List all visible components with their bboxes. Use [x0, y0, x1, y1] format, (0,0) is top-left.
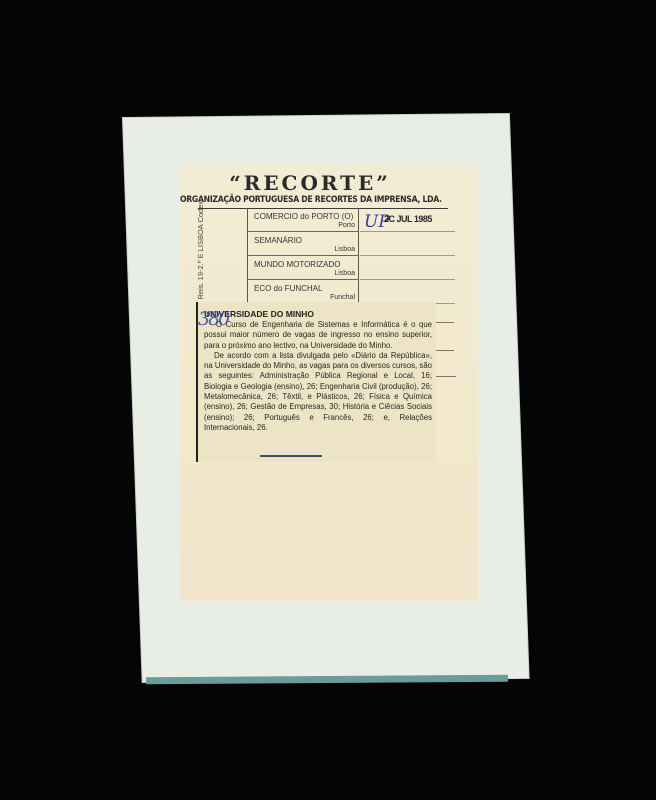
- article-body: O Curso de Engenharia de Sistemas e Info…: [204, 320, 432, 433]
- publication-row: MUNDO MOTORIZADO Lisboa: [247, 256, 359, 280]
- publication-row: SEMANÁRIO Lisboa: [247, 232, 359, 256]
- address-side-note: nte Reis. 19-2.º E LISBOA Codex: [196, 201, 205, 312]
- publication-city: Funchal: [330, 294, 355, 301]
- stray-rule: [434, 376, 456, 377]
- publication-name: ECO do FUNCHAL: [254, 284, 322, 293]
- organization-name: ORGANIZAÇÃO PORTUGUESA DE RECORTES DA IM…: [180, 195, 440, 205]
- publication-row: COMERCIO do PORTO (O) Porto: [247, 208, 359, 232]
- publication-form: COMERCIO do PORTO (O) Porto SEMANÁRIO Li…: [247, 208, 359, 304]
- stray-rule: [434, 350, 454, 351]
- publication-city: Porto: [338, 222, 355, 229]
- handwritten-number: 380: [198, 308, 228, 330]
- mounting-board-edge: [146, 675, 508, 685]
- publication-name: SEMANÁRIO: [254, 236, 302, 245]
- article-end-mark: [260, 455, 322, 457]
- date-stamp: 2C JUL 1985: [384, 214, 432, 224]
- article-paragraph: De acordo com a lista divulgada pelo «Di…: [204, 351, 432, 433]
- publication-city: Lisboa: [334, 246, 355, 253]
- publication-row: ECO do FUNCHAL Funchal: [247, 280, 359, 304]
- newspaper-clipping: UNIVERSIDADE DO MINHO O Curso de Engenha…: [196, 302, 436, 462]
- masthead: “RECORTE” ORGANIZAÇÃO PORTUGUESA DE RECO…: [180, 172, 440, 205]
- publication-name: COMERCIO do PORTO (O): [254, 212, 353, 221]
- publication-city: Lisboa: [334, 270, 355, 277]
- form-column-divider: [358, 208, 359, 304]
- stray-rule: [434, 322, 454, 323]
- publication-name: MUNDO MOTORIZADO: [254, 260, 341, 269]
- brand-title: “RECORTE”: [180, 172, 440, 194]
- article-paragraph: O Curso de Engenharia de Sistemas e Info…: [204, 320, 432, 351]
